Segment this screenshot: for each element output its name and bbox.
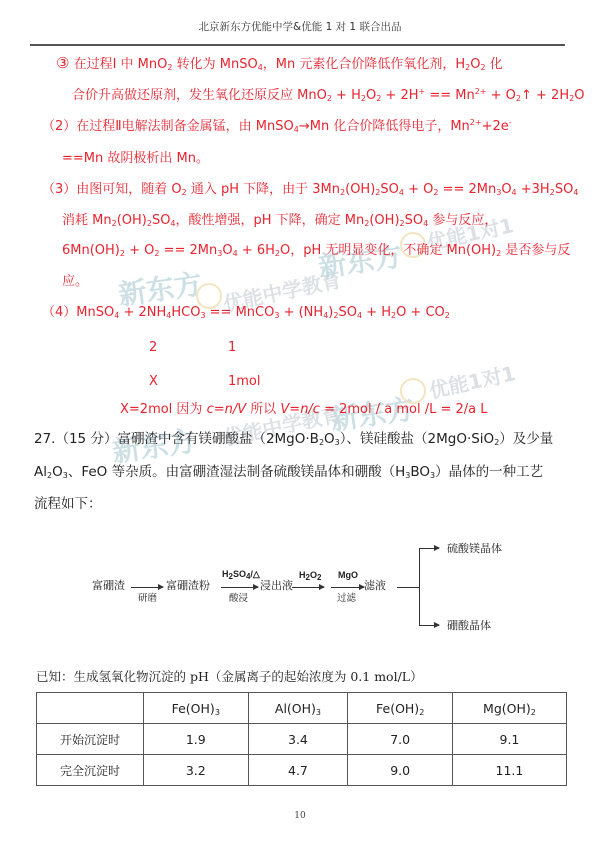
table-header-cell: Mg(OH)2 bbox=[452, 693, 566, 724]
answer-4-equation: （4）MnSO4 + 2NH4HCO3 == MnCO3 + (NH4)2SO4… bbox=[42, 304, 450, 322]
table-cell: 1.9 bbox=[144, 724, 249, 755]
table-cell: 7.0 bbox=[348, 724, 453, 755]
flow-step-leachate: 浸出液 bbox=[260, 577, 293, 593]
stoich-ratio-right: 1 bbox=[228, 339, 236, 357]
flow-label-mgo: MgO bbox=[338, 570, 358, 580]
precipitation-ph-table: Fe(OH)3 Al(OH)3 Fe(OH)2 Mg(OH)2 开始沉淀时 1.… bbox=[36, 692, 567, 786]
table-corner-cell bbox=[37, 693, 144, 724]
answer-2-line-2: ==Mn 故阴极析出 Mn。 bbox=[62, 150, 209, 168]
table-header-cell: Fe(OH)2 bbox=[348, 693, 453, 724]
table-cell: 9.1 bbox=[452, 724, 566, 755]
answer-3-line-3: 6Mn(OH)2 + O2 == 2Mn3O4 + 6H2O，pH 无明显变化，… bbox=[62, 242, 570, 260]
watermark-yn-1on1: 优能1对1 bbox=[426, 357, 518, 404]
flow-step-slag-powder: 富硼渣粉 bbox=[166, 577, 210, 593]
flow-step-raw-slag: 富硼渣 bbox=[92, 577, 125, 593]
flow-product-boric-acid-crystal: 硼酸晶体 bbox=[447, 617, 491, 633]
flow-arrow-to-boric-acid bbox=[419, 625, 439, 626]
question-27-line-1: 27.（15 分）富硼渣中含有镁硼酸盐（2MgO·B2O3）、镁硅酸盐（2MgO… bbox=[34, 430, 553, 448]
flow-label-h2o2: H2O2 bbox=[299, 570, 321, 580]
table-cell: 3.2 bbox=[144, 755, 249, 786]
flow-arrow-h2o2 bbox=[292, 587, 324, 588]
stoich-unknown-left: X bbox=[149, 373, 158, 391]
table-header-row: Fe(OH)3 Al(OH)3 Fe(OH)2 Mg(OH)2 bbox=[37, 693, 567, 724]
stoich-unknown-right: 1mol bbox=[228, 373, 261, 391]
table-header-cell: Al(OH)3 bbox=[248, 693, 348, 724]
flow-arrow-filter bbox=[331, 587, 364, 588]
table-header-cell: Fe(OH)3 bbox=[144, 693, 249, 724]
answer-3-line-1: （3）由图可知，随着 O2 通入 pH 下降，由于 3Mn2(OH)2SO4 +… bbox=[42, 181, 578, 199]
flow-label-acid-leach: 酸浸 bbox=[229, 590, 248, 604]
answer-4-result: X=2mol 因为 c=n/V 所以 V=n/c = 2mol / a mol … bbox=[120, 401, 488, 419]
question-27-line-3: 流程如下： bbox=[34, 495, 102, 513]
table-cell: 11.1 bbox=[452, 755, 566, 786]
header-divider bbox=[30, 44, 565, 46]
table-cell: 4.7 bbox=[248, 755, 348, 786]
flow-product-mgso4-crystal: 硫酸镁晶体 bbox=[447, 540, 502, 556]
known-conditions-caption: 已知：生成氢氧化物沉淀的 pH（金属离子的起始浓度为 0.1 mol/L） bbox=[36, 667, 423, 685]
table-cell: 9.0 bbox=[348, 755, 453, 786]
row-label: 开始沉淀时 bbox=[37, 724, 144, 755]
table-cell: 3.4 bbox=[248, 724, 348, 755]
flow-branch-vertical bbox=[419, 548, 420, 626]
answer-2-line-1: （2）在过程Ⅱ电解法制备金属锰，由 MnSO4→Mn 化合价降低得电子，Mn2+… bbox=[42, 118, 512, 136]
flow-label-grind: 研磨 bbox=[138, 590, 157, 604]
table-row: 开始沉淀时 1.9 3.4 7.0 9.1 bbox=[37, 724, 567, 755]
page-number: 10 bbox=[0, 811, 600, 821]
answer-3-line-4: 应。 bbox=[62, 273, 88, 291]
flow-arrow-acid-leach bbox=[221, 587, 258, 588]
question-27-line-2: Al2O3、FeO 等杂质。由富硼渣湿法制备硫酸镁晶体和硼酸（H3BO3）晶体的… bbox=[34, 463, 543, 481]
flow-arrow-to-mgso4 bbox=[419, 548, 439, 549]
flow-label-h2so4-heat: H2SO4/△ bbox=[222, 569, 260, 580]
answer-3-line-2: 消耗 Mn2(OH)2SO4，酸性增强，pH 下降，确定 Mn2(OH)2SO4… bbox=[62, 212, 497, 230]
flow-branch-stem bbox=[397, 587, 420, 588]
table-row: 完全沉淀时 3.2 4.7 9.0 11.1 bbox=[37, 755, 567, 786]
row-label: 完全沉淀时 bbox=[37, 755, 144, 786]
stoich-ratio-left: 2 bbox=[149, 339, 157, 357]
answer-1-3-line-2: 合价升高做还原剂，发生氧化还原反应 MnO2 + H2O2 + 2H+ == M… bbox=[72, 87, 584, 105]
document-header-title: 北京新东方优能中学&优能 1 对 1 联合出品 bbox=[0, 19, 600, 34]
flow-label-filter: 过滤 bbox=[337, 590, 356, 604]
answer-1-3-line-1: ③ 在过程Ⅰ 中 MnO2 转化为 MnSO4，Mn 元素化合价降低作氧化剂，H… bbox=[56, 54, 503, 74]
flow-arrow-grind bbox=[131, 587, 163, 588]
flow-step-filtrate: 滤液 bbox=[364, 577, 386, 593]
